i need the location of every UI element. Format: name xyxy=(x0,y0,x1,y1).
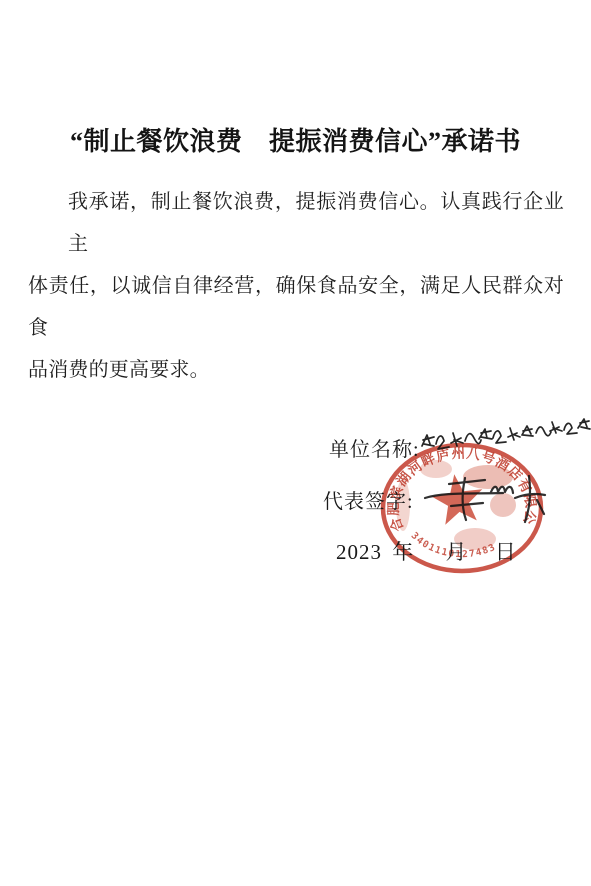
date-year: 2023 xyxy=(336,540,382,564)
page-title: “制止餐饮浪费 提振消费信心”承诺书 xyxy=(0,121,591,158)
signature-stroke xyxy=(463,478,467,520)
handwriting-stroke xyxy=(422,433,481,449)
body-line: 我承诺，制止餐饮浪费，提振消费信心。认真践行企业主 xyxy=(28,181,564,265)
handwriting-stroke xyxy=(536,419,590,436)
body-line: 品消费的更高要求。 xyxy=(28,349,564,391)
handwritten-unit-name: 合肥滨湖河畔庐州八号酒店 xyxy=(418,404,591,456)
body-paragraph: 我承诺，制止餐饮浪费，提振消费信心。认真践行企业主 体责任，以诚信自律经营，确保… xyxy=(28,181,564,391)
body-line: 体责任，以诚信自律经营，确保食品安全，满足人民群众对食 xyxy=(28,265,564,349)
handwriting-stroke xyxy=(479,426,533,443)
document-page: “制止餐饮浪费 提振消费信心”承诺书 我承诺，制止餐饮浪费，提振消费信心。认真践… xyxy=(0,0,591,886)
date-line: 2023 年 月 日 xyxy=(336,536,516,566)
handwritten-signature xyxy=(413,468,558,530)
signature-stroke xyxy=(525,476,530,522)
signature-label: 代表签字: xyxy=(323,485,414,514)
date-day-unit: 日 xyxy=(495,540,516,564)
date-year-unit: 年 xyxy=(392,540,413,564)
date-month-unit: 月 xyxy=(446,540,467,564)
signature-stroke xyxy=(425,493,503,498)
unit-name-label: 单位名称: xyxy=(329,433,420,462)
